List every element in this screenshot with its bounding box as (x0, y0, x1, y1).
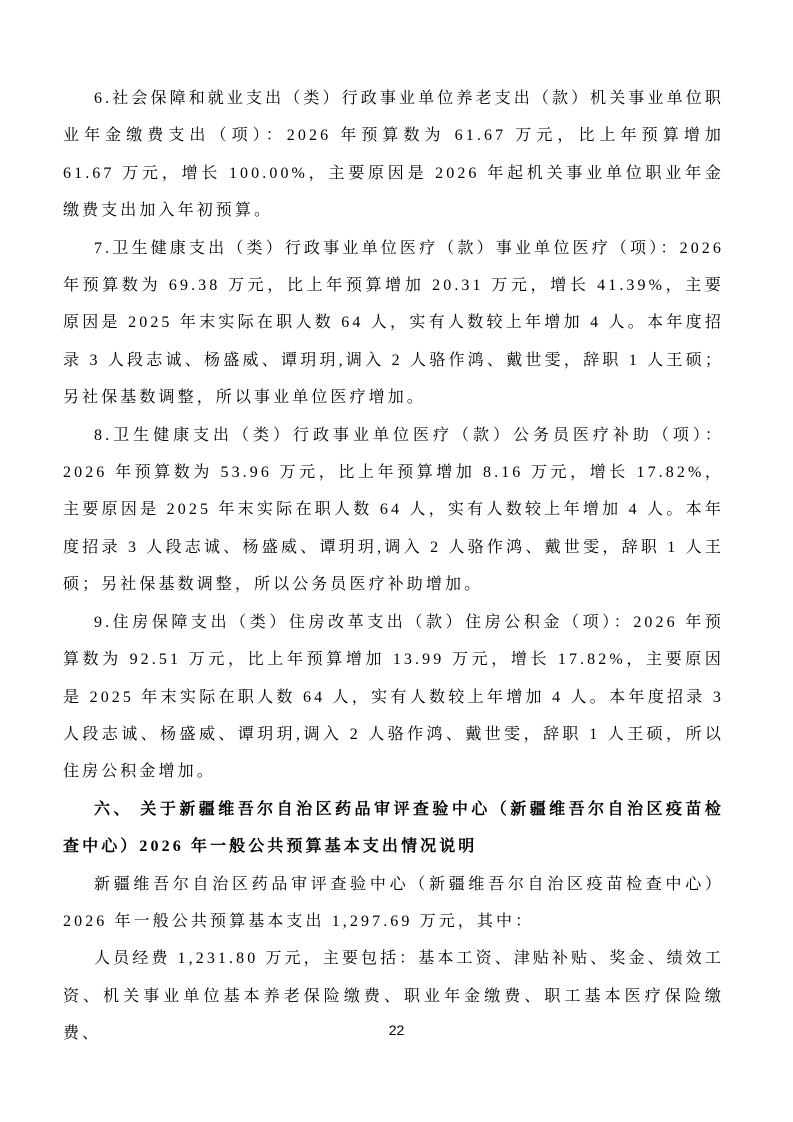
paragraph: 9.住房保障支出（类）住房改革支出（款）住房公积金（项）：2026 年预算数为 … (63, 604, 724, 791)
paragraph: 新疆维吾尔自治区药品审评查验中心（新疆维吾尔自治区疫苗检查中心）2026 年一般… (63, 866, 724, 941)
paragraph: 7.卫生健康支出（类）行政事业单位医疗（款）事业单位医疗（项）：2026 年预算… (63, 230, 724, 417)
page-footer: 22 (0, 1022, 793, 1040)
section-heading: 六、 关于新疆维吾尔自治区药品审评查验中心（新疆维吾尔自治区疫苗检查中心）202… (63, 791, 724, 866)
document-body: 6.社会保障和就业支出（类）行政事业单位养老支出（款）机关事业单位职业年金缴费支… (63, 80, 724, 1053)
paragraph: 6.社会保障和就业支出（类）行政事业单位养老支出（款）机关事业单位职业年金缴费支… (63, 80, 724, 230)
document-page: 6.社会保障和就业支出（类）行政事业单位养老支出（款）机关事业单位职业年金缴费支… (0, 0, 793, 1122)
page-number: 22 (389, 1022, 405, 1038)
paragraph: 8.卫生健康支出（类）行政事业单位医疗（款）公务员医疗补助（项）：2026 年预… (63, 417, 724, 604)
